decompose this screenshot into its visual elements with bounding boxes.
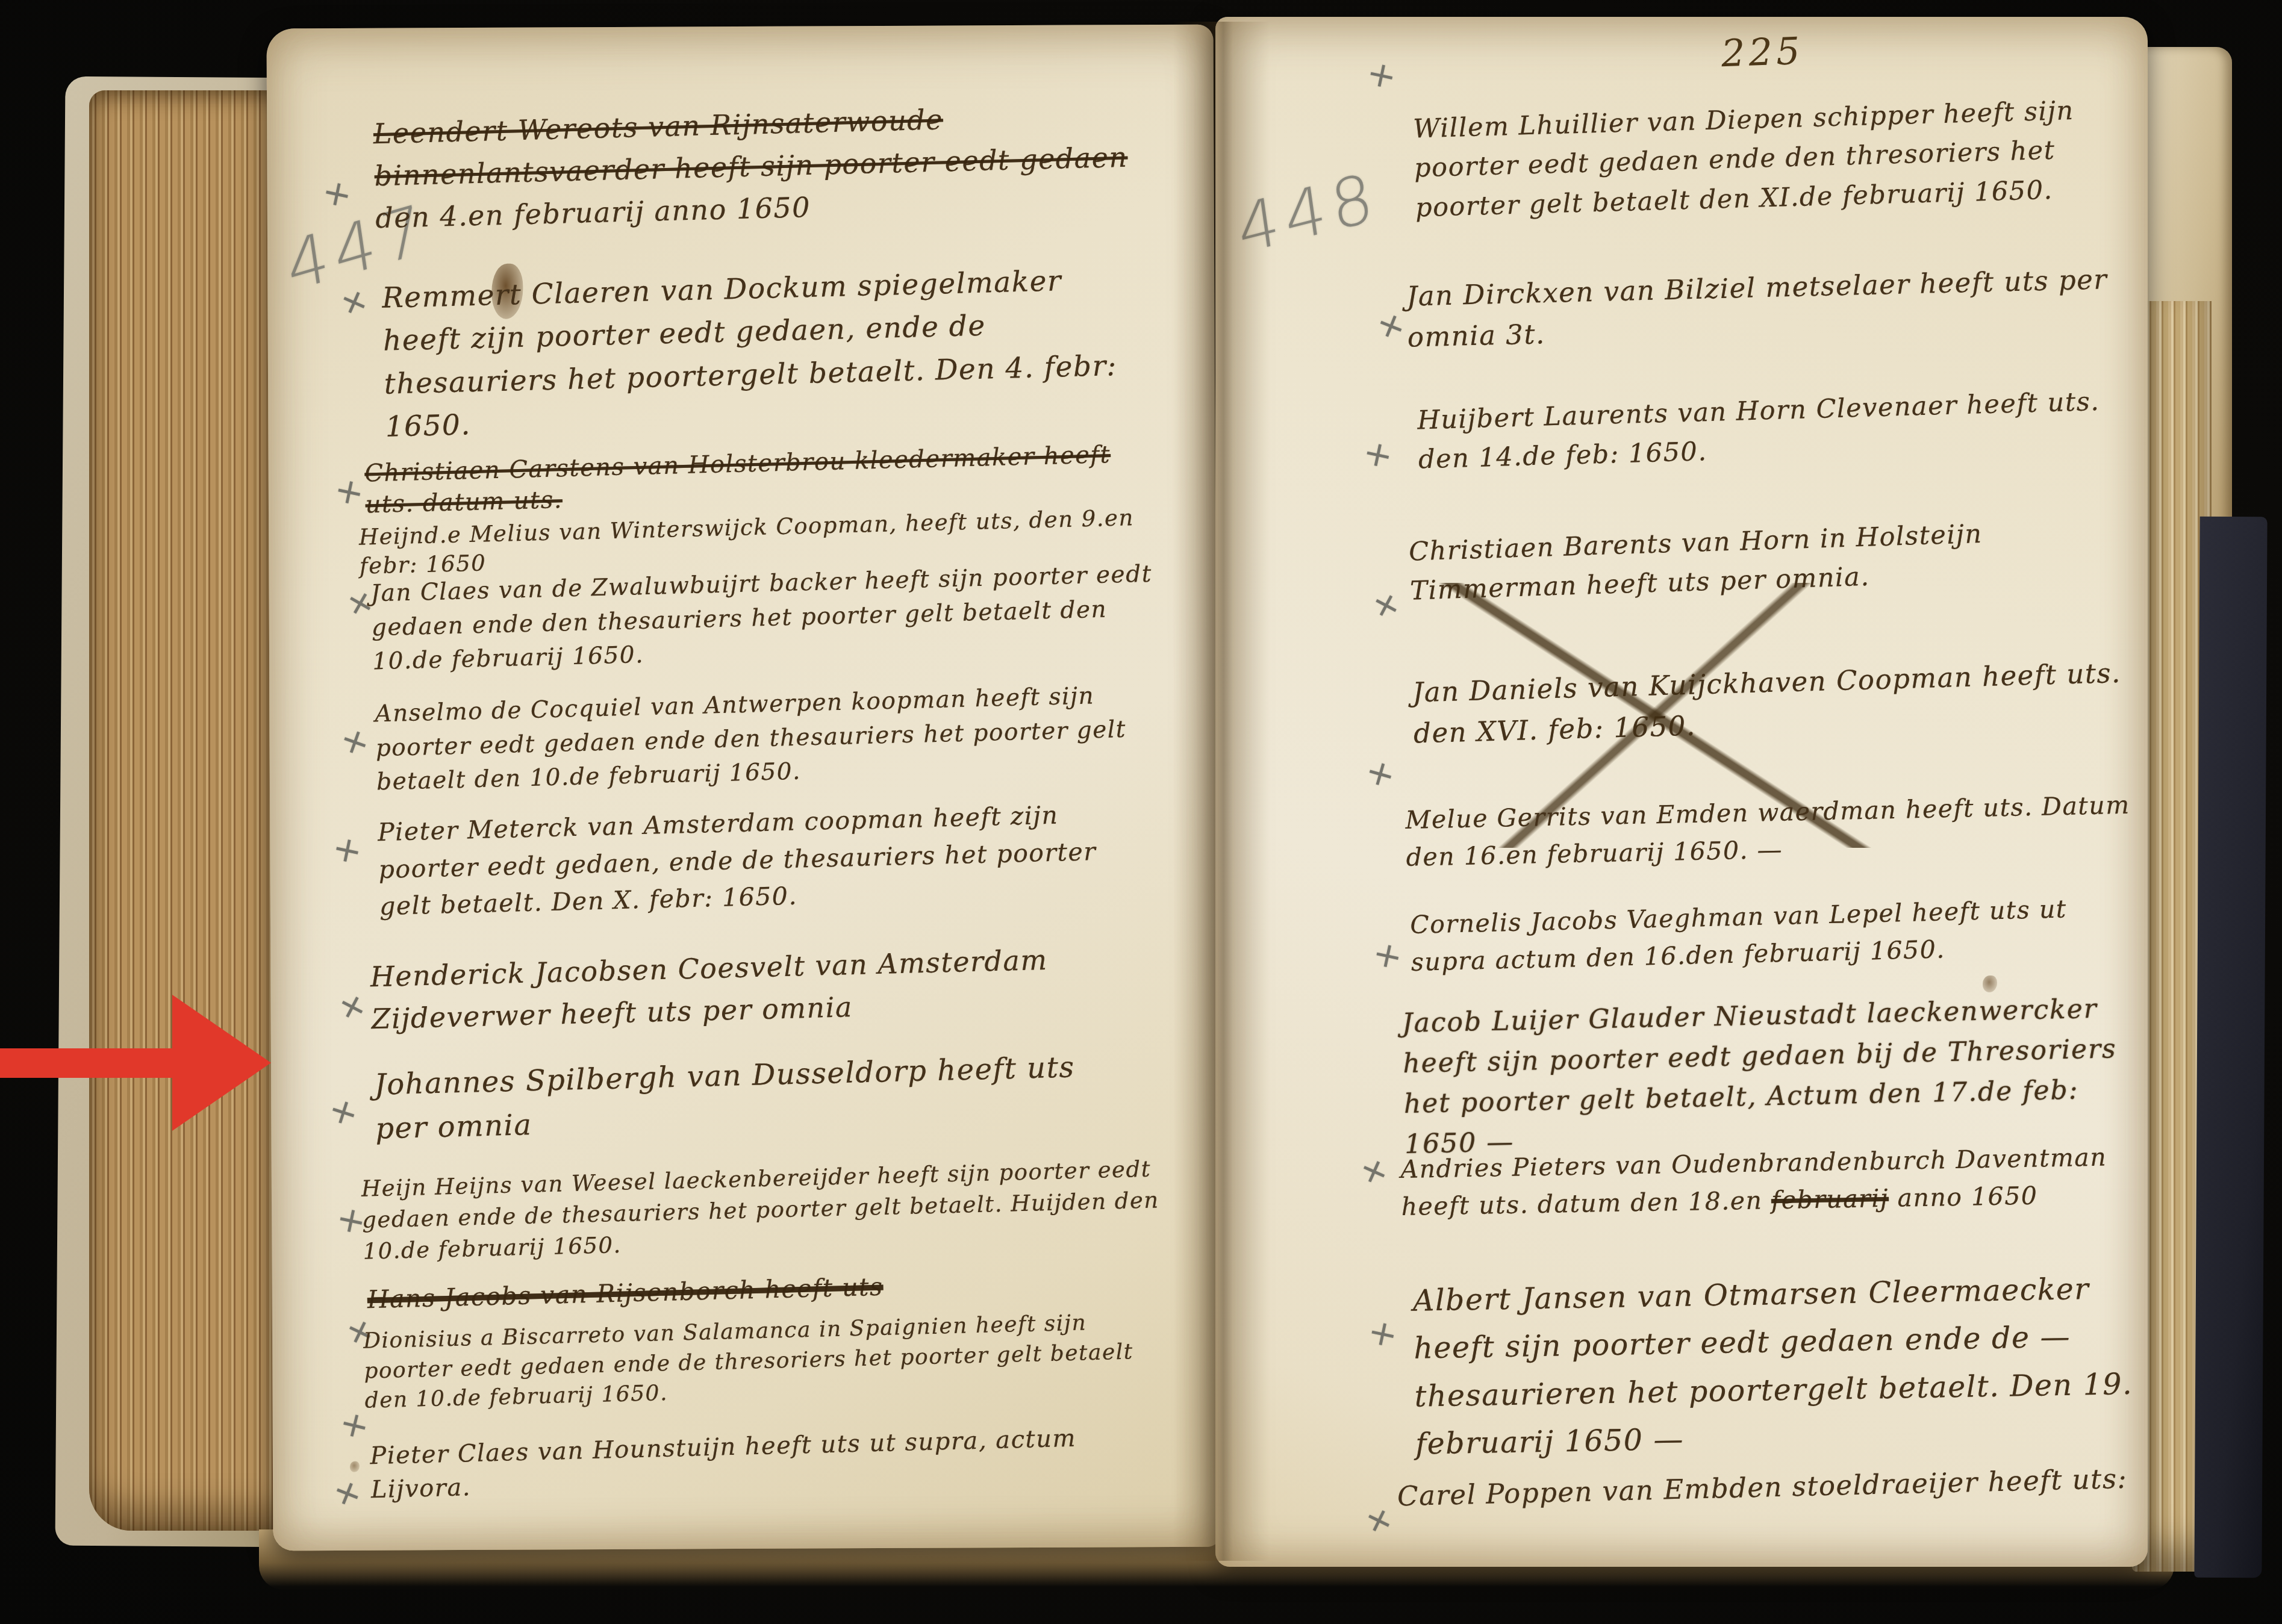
pencil-foliation-448: 448: [1233, 157, 1384, 269]
entry-text: Christiaen Barents van Horn in Holsteijn…: [1408, 519, 1983, 606]
entry-text: Jan Dirckxen van Bilziel metselaer heeft…: [1406, 263, 2108, 353]
entry-text: Johannes Spilbergh van Dusseldorp heeft …: [374, 1050, 1075, 1145]
register-entry: Christiaen Barents van Horn in Holsteijn…: [1408, 510, 2127, 611]
entry-text: Cornelis Jacobs Vaeghman van Lepel heeft…: [1410, 894, 2067, 977]
margin-cross-icon: +: [331, 981, 376, 1031]
margin-cross-icon: +: [326, 1468, 369, 1517]
entry-text: Pieter Claes van Hounstuijn heeft uts ut…: [370, 1425, 1076, 1504]
register-entry: Andries Pieters van Oudenbrandenburch Da…: [1400, 1137, 2160, 1226]
margin-cross-icon: +: [1363, 52, 1400, 98]
ink-spot: [350, 1461, 360, 1472]
back-cover-edge: [2194, 517, 2267, 1578]
entry-text: Dionisius a Biscarreto van Salamanca in …: [363, 1310, 1134, 1413]
entry-text: anno 1650: [1889, 1181, 2038, 1213]
register-entry: Leendert Wereots van Rijnsaterwoude binn…: [373, 93, 1159, 240]
register-entry: Heijn Heijns van Weesel laeckenbereijder…: [361, 1153, 1170, 1267]
register-entry: Melue Gerrits van Emden waerdman heeft u…: [1405, 786, 2147, 876]
book-spread-scan: 447 + + + + + + + + + + + + Leendert Wer…: [0, 0, 2282, 1624]
register-entry: Hans Jacobs van Rijsenborch heeft uts: [367, 1263, 1090, 1319]
red-arrow: [0, 995, 271, 1131]
entry-text: Pieter Meterck van Amsterdam coopman hee…: [378, 801, 1097, 921]
register-entry: Remmert Claeren van Dockum spiegelmaker …: [381, 258, 1144, 449]
entry-text: Huijbert Laurents van Horn Clevenaer hee…: [1417, 387, 2100, 475]
entry-text: Leendert Wereots van Rijnsaterwoude binn…: [373, 103, 1128, 192]
entry-text: Albert Jansen van Otmarsen Cleermaecker …: [1413, 1272, 2133, 1461]
entry-text: Carel Poppen van Embden stoeldraeijer he…: [1397, 1463, 2128, 1513]
register-entry: Carel Poppen van Embden stoeldraeijer he…: [1397, 1458, 2156, 1517]
register-entry: Willem Lhuillier van Diepen schipper hee…: [1412, 90, 2126, 228]
right-page: 225 448 + + + + + + + + + Willem Lhuilli…: [1215, 17, 2148, 1567]
entry-text: Jan Daniels van Kuijckhaven Coopman heef…: [1412, 657, 2122, 750]
entry-text: februarij: [1771, 1184, 1889, 1215]
margin-cross-icon: +: [331, 468, 367, 514]
register-entry: Huijbert Laurents van Horn Clevenaer hee…: [1417, 382, 2129, 481]
margin-cross-icon: +: [329, 827, 366, 873]
margin-cross-icon: +: [1364, 580, 1409, 630]
entry-text: Hans Jacobs van Rijsenborch heeft uts: [367, 1272, 884, 1314]
margin-cross-icon: +: [1369, 932, 1406, 978]
entry-text: Willem Lhuillier van Diepen schipper hee…: [1413, 96, 2075, 223]
margin-cross-icon: +: [1361, 750, 1400, 797]
margin-cross-icon: +: [1353, 1146, 1396, 1195]
register-entry: Henderick Jacobsen Coesvelt van Amsterda…: [370, 936, 1155, 1041]
left-page: 447 + + + + + + + + + + + + Leendert Wer…: [266, 25, 1220, 1551]
register-entry-johannes-spilbergh: Johannes Spilbergh van Dusseldorp heeft …: [374, 1044, 1123, 1151]
register-entry: Albert Jansen van Otmarsen Cleermaecker …: [1412, 1264, 2150, 1468]
margin-cross-icon: +: [1364, 1310, 1401, 1357]
margin-cross-icon: +: [335, 717, 376, 765]
fore-edge-page-stack: [89, 90, 294, 1531]
entry-text: Remmert Claeren van Dockum spiegelmaker …: [382, 264, 1118, 444]
ink-spot: [1983, 975, 1997, 992]
margin-cross-icon: +: [1358, 1495, 1401, 1545]
register-entry: Jacob Luijer Glauder Nieustadt laeckenwe…: [1401, 988, 2151, 1165]
margin-cross-icon: +: [1359, 431, 1397, 478]
entry-text: Jan Claes van de Zwaluwbuijrt backer hee…: [370, 561, 1152, 676]
register-entry-cancelled: Jan Daniels van Kuijckhaven Coopman heef…: [1412, 652, 2130, 754]
red-arrow-shaft: [0, 1048, 173, 1078]
register-entry: Pieter Meterck van Amsterdam coopman hee…: [377, 795, 1156, 926]
entry-text: Anselmo de Cocquiel van Antwerpen koopma…: [375, 682, 1127, 795]
entry-text: Melue Gerrits van Emden waerdman heeft u…: [1405, 791, 2130, 872]
entry-text: den 4.en februarij anno 1650: [375, 191, 811, 234]
register-entry: Anselmo de Cocquiel van Antwerpen koopma…: [375, 677, 1172, 800]
margin-cross-icon: +: [323, 1087, 364, 1136]
entry-text: Jacob Luijer Glauder Nieustadt laeckenwe…: [1401, 994, 2117, 1160]
red-arrow-head: [172, 995, 271, 1131]
register-entry: Dionisius a Biscarreto van Salamanca in …: [363, 1306, 1171, 1416]
entry-text: Henderick Jacobsen Coesvelt van Amsterda…: [370, 944, 1048, 1035]
register-entry: Pieter Claes van Hounstuijn heeft uts ut…: [370, 1419, 1154, 1507]
register-entry: Jan Claes van de Zwaluwbuijrt backer hee…: [370, 557, 1168, 679]
register-entry: Cornelis Jacobs Vaeghman van Lepel heeft…: [1410, 888, 2153, 982]
folio-number: 225: [1721, 29, 1804, 76]
entry-text: Heijn Heijns van Weesel laeckenbereijder…: [361, 1156, 1159, 1265]
register-entry: Jan Dirckxen van Bilziel metselaer heeft…: [1406, 258, 2131, 358]
